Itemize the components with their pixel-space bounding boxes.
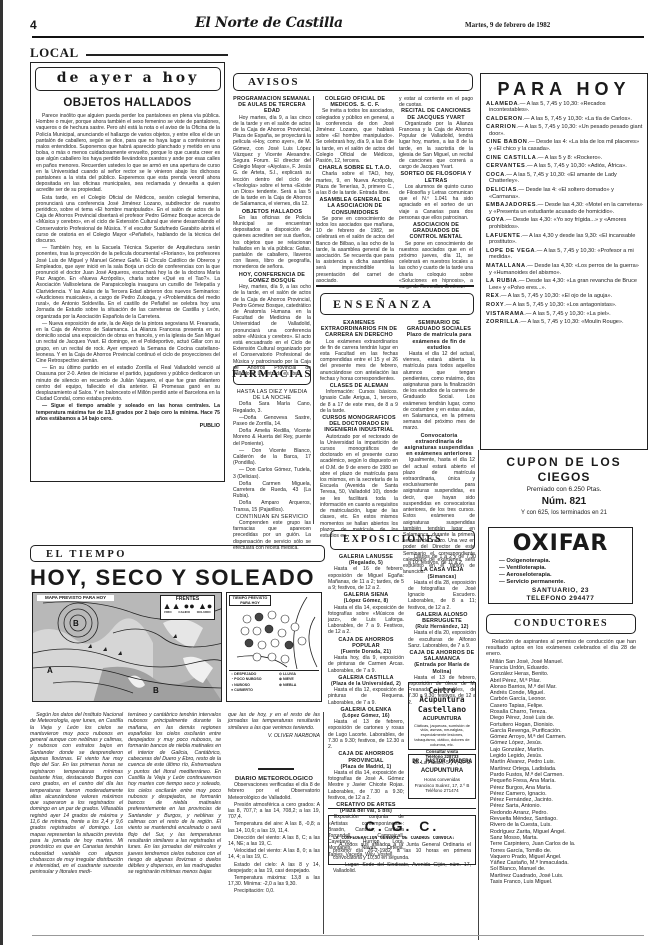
map-label: MAPA PREVISTO PARA HOY xyxy=(37,595,114,601)
banner-text: ENSEÑANZA xyxy=(333,297,434,312)
cinema-name: ROXY xyxy=(486,302,504,308)
notice-body: Se pone en conocimiento de todos los aso… xyxy=(316,216,394,284)
cinema-listing: ROXY.— A las 5, 7,45 y 10,30: «Los antag… xyxy=(489,302,643,309)
cinema-listing: CINE BABON.— Desde las 4: «La isla de lo… xyxy=(489,139,643,152)
forecast-map-spain: TIEMPO PREVISTO PARA HOY ○ DESPEJADO ◔ P… xyxy=(226,592,322,702)
el-tiempo-banner: EL TIEMPO xyxy=(30,545,325,562)
observation: Temperatura máxima: 13,8 a las 17,30. Mí… xyxy=(228,875,320,887)
cupon-ciegos: CUPON DE LOS CIEGOS Premiado con 6.250 P… xyxy=(480,455,648,517)
notice-body: Hoy, martes, día 9, a las ocho de la tar… xyxy=(233,284,311,377)
newspaper-title: El Norte de Castilla xyxy=(195,15,343,33)
notice-body: Se pone en conocimiento de nuestros asoc… xyxy=(399,241,473,291)
bottom-rule xyxy=(32,935,644,936)
cinema-name: VISTARAMA xyxy=(486,311,524,317)
paragraph: — En su último partido en el estadio Zor… xyxy=(36,365,220,402)
observation: Velocidad del viento: A las 8, 0; a las … xyxy=(228,848,320,860)
exhibition-details: Hasta hoy, día 9, exposición de pinturas… xyxy=(328,655,404,674)
cinema-listing: MATALLANA.— Desde las 4,30: «Los perros … xyxy=(489,263,643,276)
conductores-intro: Relación de aspirantes al permiso de con… xyxy=(486,639,636,658)
weather-article-col-1: Según los datos del Instituto Nacional d… xyxy=(30,712,123,877)
notice-body: Charla sobre el TAO, hoy, martes, 9, en … xyxy=(316,171,394,196)
cinema-name: LAFUENTE xyxy=(486,233,521,239)
showtimes: A las 5, 7,45 y 10,30: «El amante de Lad… xyxy=(489,172,617,185)
pharmacy-entry: — Don Vicente Blanco, Calderón de la Bar… xyxy=(233,448,311,467)
cinema-name: CERVANTES xyxy=(486,163,525,169)
exhibition-venue: CAJA DE AHORROS DE SALAMANCA xyxy=(408,650,476,662)
ad-title: Castellano xyxy=(409,705,475,715)
notice-title: OBJETOS HALLADOS xyxy=(233,209,311,215)
banner-text: CONDUCTORES xyxy=(514,618,608,631)
showtimes: A las 5, 7,45 y 10,30: «La tía de Carlos… xyxy=(531,116,632,122)
exhibition-details: Hasta el día 14, exposición de fotografí… xyxy=(328,605,404,636)
masthead: 4 El Norte de Castilla Martes, 9 de febr… xyxy=(0,18,650,32)
oxifar-address: SANTUARIO, 23 xyxy=(489,587,632,595)
notice-subtitle: Convocatoria extraordinaria de asignatur… xyxy=(403,433,475,458)
cinema-listing: REX.— A las 5, 7,45 y 10,30: «El ojo de … xyxy=(489,293,643,300)
cinema-name: CINE BABON xyxy=(486,139,527,145)
cgc-title: C. G. C. xyxy=(329,818,475,836)
exhibition-item: GALERIA SIENA(López Gómez, 8)Hasta el dí… xyxy=(328,592,404,635)
fronts-legend: FRENTES ▲▲●●▲● FRIOCALIDOOCLUIDO xyxy=(160,595,215,620)
exhibition-venue: CAJA DE AHORROS POPULAR xyxy=(328,637,404,649)
cinema-name: MATALLANA xyxy=(486,263,526,269)
exhibition-details: Hasta el 13 de febrero, exposición de ca… xyxy=(328,719,404,750)
cupon-terminations: Y con 625, los terminados en 21 xyxy=(480,510,648,518)
de-ayer-a-hoy-column: de ayer a hoy OBJETOS HALLADOS Parece in… xyxy=(30,62,225,482)
ad-subtitle: ACUPUNTURA xyxy=(409,716,475,723)
farmacias-subtitle: HASTA LAS DIEZ Y MEDIA DE LA NOCHE xyxy=(233,389,311,401)
notice-body: Hasta el día 12 del actual, viernes, est… xyxy=(403,351,475,432)
ensenanza-col-1: EXAMENES EXTRAORDINARIOS FIN DE CARRERA … xyxy=(320,320,398,540)
notice-body: Hoy martes, día 9, a las cinco de la tar… xyxy=(233,115,311,208)
showtimes: A las 5, 7,45 y 10,30: «Los antagonistas… xyxy=(513,302,617,308)
exhibition-details: Diarios de 1 a 2 y de 7.30 a 10; festivo… xyxy=(408,554,476,566)
observation: Estado del cielo: A las 8 y 14, despejad… xyxy=(228,862,320,874)
article-body: Parece insólito que alguien pueda perder… xyxy=(36,113,220,430)
exhibition-item: Diarios de 1 a 2 y de 7.30 a 10; festivo… xyxy=(408,554,476,566)
cinema-name: DELICIAS xyxy=(486,187,517,193)
cinema-name: ALAMEDA xyxy=(486,101,518,107)
showtimes: A las 5 y 8: «Rockero». xyxy=(545,155,603,161)
svg-text:B: B xyxy=(73,619,79,628)
forecast-map-europe: A B B MAPA PREVISTO PARA HOY FRENTES ▲▲●… xyxy=(32,592,222,702)
notice-title: PROGRAMACION SEMANAL DE AULAS DE TERCERA… xyxy=(233,96,311,115)
cinema-name: REX xyxy=(486,293,499,299)
notice-body: Autorizado por el rectorado de la Univer… xyxy=(320,434,398,539)
paragraph: — Nueva exposición de arte, la de Alejo … xyxy=(36,321,220,364)
exhibition-details: Hasta el 16 de febrero, exposición de Mi… xyxy=(328,566,404,591)
avisos-col-1: PROGRAMACION SEMANAL DE AULAS DE TERCERA… xyxy=(233,96,311,378)
legend-col-1: ○ DESPEJADO ◔ POCO NUBOSO ◑ NUBOSO ● CUB… xyxy=(231,672,262,694)
pharmacy-entry: Doña Amelia Redilla, Vicente Moreno & Hu… xyxy=(233,428,311,447)
sky-legend: ○ DESPEJADO ◔ POCO NUBOSO ◑ NUBOSO ● CUB… xyxy=(229,670,319,700)
paragraph: Esta tarde, en el Colegio Oficial de Méd… xyxy=(36,195,220,245)
paragraph: — Sigue el tiempo amable y soleado en la… xyxy=(36,403,220,422)
cinema-name: CINE CASTILLA xyxy=(486,155,536,161)
signature: PUBLIO xyxy=(36,423,220,430)
cupon-number: Núm. 821 xyxy=(480,496,648,509)
observation: Temperatura del aire: A las 8, -0,8; a l… xyxy=(228,821,320,833)
section-rule xyxy=(86,54,228,56)
notice-body: Los exámenes extraordinarios de fin de c… xyxy=(320,339,398,382)
pharmacy-entry: Doña Sara María Cano, Regalado, 3. xyxy=(233,401,311,413)
cinema-name: COCA xyxy=(486,172,505,178)
showtimes: A las 5, 7,45 y 10,30: «Adiós, África». xyxy=(534,163,627,169)
legend-item: ⊜ NIEBLA xyxy=(279,683,296,688)
svg-text:B: B xyxy=(153,686,159,695)
notice-title: COLEGIO OFICIAL DE MEDICOS. S. C. F. xyxy=(316,96,394,108)
spain-sky-map xyxy=(227,597,321,669)
masthead-rule xyxy=(32,36,644,38)
service-item: — Ventiloterapia. xyxy=(499,565,632,572)
exhibition-venue: CAJA DE AHORROS PROVINCIAL xyxy=(328,751,404,763)
cinema-listing: LA RUBIA.— Desde las 4,30: «La gran reva… xyxy=(489,278,643,291)
notice-body: y estar al corriente en el pago de cuota… xyxy=(399,96,473,108)
notice-body: Los alumnos de quinto curso de Filosofía… xyxy=(399,184,473,221)
notice-title: CURSOS MONOGRAFICOS DEL DOCTORADO EN ING… xyxy=(320,415,398,434)
exhibition-details: Hasta el día 12, exposición de pinturas … xyxy=(328,687,404,706)
ad-line: Teléfono 271474 xyxy=(409,788,475,794)
cinema-listing: CINE CASTILLA.— A las 5 y 8: «Rockero». xyxy=(489,155,643,162)
pharmacy-entry: Doña Amparo Arqueros, Transa, 15 (Pajari… xyxy=(233,500,311,512)
cinema-listing: GOYA.— Desde las 4,30: «Yo soy frígida..… xyxy=(489,217,643,230)
ensenanza-banner: ENSEÑANZA xyxy=(320,293,474,315)
observation: Precipitación: 0,0. xyxy=(228,888,320,894)
notice-body: Organizado por la Alianza Francesa y la … xyxy=(399,121,473,171)
cinema-name: EMBAJADORES xyxy=(486,202,536,208)
avisos-col-2: COLEGIO OFICIAL DE MEDICOS. S. C. F. Se … xyxy=(316,96,394,285)
cinema-listing: DELICIAS.— Desde las 4: «El soltero doma… xyxy=(489,187,643,200)
oxifar-brand: OXIFAR xyxy=(489,530,632,558)
exhibition-item: GALERIA LANUSSE(Regalado, 5)Hasta el 16 … xyxy=(328,554,404,591)
cinema-name: CALDERON xyxy=(486,116,523,122)
para-hoy-box: PARA HOY ALAMEDA.— A las 5, 7,45 y 10,30… xyxy=(480,73,648,450)
rule xyxy=(316,285,474,287)
cupon-prize: Premiado con 6.250 Ptas. xyxy=(480,486,648,494)
acupuntura-castellano-ad: Centro Acupuntura Castellano ACUPUNTURA … xyxy=(408,682,476,750)
driver-names: Millán San José, José Manuel.Francia Urd… xyxy=(486,659,636,886)
cinema-listings: ALAMEDA.— A las 5, 7,45 y 10,30: «Recado… xyxy=(481,101,647,326)
pharmacy-entry: —Doña Genoveva Sastre, Paseo de Zorrilla… xyxy=(233,415,311,427)
observation: Observaciones verificadas el día 8 de fe… xyxy=(228,782,320,801)
paragraph: Parece insólito que alguien pueda perder… xyxy=(36,113,220,194)
showtimes: A las 5, 7,45 y 10,30: «El ojo de la agu… xyxy=(508,293,613,299)
conductores-banner: CONDUCTORES xyxy=(486,614,636,634)
exhibition-item: GALERIA ALONSO BERRUGUETE(Ruiz Hernández… xyxy=(408,612,476,649)
notice-title: ASOCIACION DE GRADUADOS DE CONTROL MENTA… xyxy=(399,222,473,241)
de-ayer-a-hoy-banner: de ayer a hoy xyxy=(35,67,221,91)
notice-title: HOY, CONFERENCIA DE GOMEZ BOSQUE xyxy=(233,272,311,284)
notice-title: RECITAL DE CANCIONES DE JACQUES YVART xyxy=(399,108,473,120)
exhibition-venue: GALERIA ALONSO BERRUGUETE xyxy=(408,612,476,624)
exhibition-details: Hasta el día 14, exposición de fotografí… xyxy=(328,770,404,801)
issue-date: Martes, 9 de febrero de 1982 xyxy=(465,21,550,30)
cinema-listing: VISTARAMA.— A las 5, 7,45 y 10,30: «La p… xyxy=(489,311,643,318)
column-divider xyxy=(478,450,479,940)
showtimes: A las 5, 7,45 y 10,30: «Moulin Rouge». xyxy=(527,319,623,325)
cinema-listing: COCA.— A las 5, 7,45 y 10,30: «El amante… xyxy=(489,172,643,185)
weather-paragraph: Según los datos del Instituto Nacional d… xyxy=(30,712,123,876)
ad-title: DR. PASTOR PRADERA xyxy=(409,758,475,766)
cinema-name: LA RUBIA xyxy=(486,278,517,284)
legend-item: ● CUBIERTO xyxy=(231,688,262,693)
exhibition-item: GALERIA CASTILLA(Plaza de la Universidad… xyxy=(328,675,404,706)
weather-article-col-3: que las de hoy, y en el resto de las jor… xyxy=(228,712,320,739)
oxifar-ad: OXIFAR — Oxigenoterapia. — Ventiloterapi… xyxy=(488,527,633,604)
ad-subtitle: ACUPUNTURA xyxy=(409,768,475,776)
weather-paragraph: terráneo y cantábrico tendrán intervalos… xyxy=(128,712,221,876)
cinema-listing: EMBAJADORES.— Desde las 4,30: «Motel en … xyxy=(489,202,643,215)
driver-name: Tasis Franco, Luis Miguel. xyxy=(486,879,636,885)
avisos-banner: AVISOS xyxy=(233,73,473,91)
pharmacy-entry: — Don Carlos Gómez, Tudela, 3 (Delicias)… xyxy=(233,467,311,479)
ad-body: Ciáticas, jaquecas, sumisión de vida, as… xyxy=(409,724,475,748)
service-item: — Oxigenoterapia. xyxy=(499,558,632,565)
oxifar-phone: TELEFONO 294477 xyxy=(489,595,632,603)
headline: OBJETOS HALLADOS xyxy=(31,96,224,110)
weather-headline: HOY, SECO Y SOLEADO xyxy=(30,564,326,592)
notice-title: EXAMENES EXTRAORDINARIOS FIN DE CARRERA … xyxy=(320,320,398,339)
diario-meteorologico: DIARIO METEOROLOGICO Observaciones verif… xyxy=(228,776,320,896)
section-label: LOCAL xyxy=(30,45,79,61)
cinema-name: LOPE DE VEGA xyxy=(486,248,535,254)
observation: Presión atmosférica a cero grados: A las… xyxy=(228,802,320,821)
notice-title: ASAMBLEA GENERAL DE LA ASOCIACION DE CON… xyxy=(316,197,394,216)
cinema-name: CARRION xyxy=(486,124,516,130)
cinema-listing: LOPE DE VEGA.— A las 5, 7,45 y 10,30: «P… xyxy=(489,248,643,261)
cgc-notice: C. G. C. LA CONFEDERACION GENERAL DE CUA… xyxy=(328,815,476,865)
notice-body: Se invita a todos los asociados, colegia… xyxy=(316,108,394,164)
oxifar-services: — Oxigenoterapia. — Ventiloterapia. — Ae… xyxy=(499,558,632,586)
ad-title: Centro Acupuntura xyxy=(409,686,475,705)
banner-text: EL TIEMPO xyxy=(46,548,127,561)
exhibition-details: Hasta el día 20, exposición de escultura… xyxy=(408,630,476,649)
weather-article-col-2: terráneo y cantábrico tendrán intervalos… xyxy=(128,712,221,876)
notice-subtitle: Plazo de matrícula para exámenes de fin … xyxy=(403,332,475,351)
showtimes: Desde las 4,30: «Yo soy frígida...» y «A… xyxy=(489,217,626,230)
notice-body: Información: Cursos básicos. Ignasio Cal… xyxy=(320,389,398,414)
exhibition-address: (Entrada por María de Molina) xyxy=(408,662,476,674)
front-labels: FRIOCALIDOOCLUIDO xyxy=(161,611,214,615)
weather-paragraph: que las de hoy, y en el resto de las jor… xyxy=(228,712,320,731)
exhibition-details: Hasta el día 28, exposición de fotografí… xyxy=(408,580,476,611)
column-divider xyxy=(323,712,324,934)
exhibition-item: LA CASA VIEJA(Simancas)Hasta el día 28, … xyxy=(408,567,476,610)
farmacias-list: HASTA LAS DIEZ Y MEDIA DE LA NOCHE Doña … xyxy=(233,389,311,552)
column-divider xyxy=(313,96,314,524)
cinema-listing: LAFUENTE.— A las 4,30 y desde las 9,30: … xyxy=(489,233,643,246)
cinema-listing: CARRION.— A las 5, 7,45 y 10,30: «Un pes… xyxy=(489,124,643,137)
page-left-border xyxy=(0,0,3,945)
notice-title: SEMINARIO DE GRADUADO SOCIALES xyxy=(403,320,475,332)
cinema-name: ZORRILLA xyxy=(486,319,519,325)
page-number: 4 xyxy=(30,18,37,33)
cinema-listing: CALDERON.— A las 5, 7,45 y 10,30: «La tí… xyxy=(489,116,643,123)
cgc-subtitle: LA CONFEDERACION GENERAL DE CUADROS CONV… xyxy=(329,836,475,842)
exposiciones-col-1: GALERIA LANUSSE(Regalado, 5)Hasta el 16 … xyxy=(328,554,404,859)
cinema-listing: CERVANTES.— A las 5, 7,45 y 10,30: «Adió… xyxy=(489,163,643,170)
banner-text: AVISOS xyxy=(248,76,300,90)
pharmacy-entry: Doña Carmen Miguela, Carretera de Rueda,… xyxy=(233,481,311,500)
cupon-title: CUPON DE LOS xyxy=(480,455,648,470)
showtimes: A las 5, 7,45 y 10,30: «La piel». xyxy=(533,311,611,317)
exhibition-item: CAJA DE AHORROS POPULAR(Fuente Dorada, 2… xyxy=(328,637,404,674)
exposiciones-banner: EXPOSICIONES xyxy=(330,530,475,550)
banner-text: FARMACIAS xyxy=(232,368,312,382)
observation: Dirección del viento: A las 8, C; a las … xyxy=(228,835,320,847)
farmacias-banner: FARMACIAS xyxy=(233,365,311,385)
service-item: — Aeroseloterapia. xyxy=(499,572,632,579)
cupon-title: CIEGOS xyxy=(480,470,648,485)
legend-col-2: ⊙ LLUVIA ⊛ NIEVE ⊜ NIEBLA xyxy=(279,672,296,688)
cgc-place: Lugar: Sede del Sindicato, Avenida Gijón… xyxy=(329,862,475,874)
banner-text: EXPOSICIONES xyxy=(343,534,443,547)
exhibition-item: CAJA DE AHORROS PROVINCIAL(Plaza de Madr… xyxy=(328,751,404,801)
conductores-list: Relación de aspirantes al permiso de con… xyxy=(486,639,636,885)
cinema-listing: ZORRILLA.— A las 5, 7,45 y 10,30: «Mouli… xyxy=(489,319,643,326)
rule xyxy=(258,768,294,770)
cinema-name: GOYA xyxy=(486,217,504,223)
para-hoy-title: PARA HOY xyxy=(481,78,647,101)
notice-title: SORTEO DE FILOSOFIA Y LETRAS xyxy=(399,171,473,183)
svg-text:A: A xyxy=(47,666,53,675)
rule xyxy=(328,808,476,809)
cinema-listing: ALAMEDA.— A las 5, 7,45 y 10,30: «Recado… xyxy=(489,101,643,114)
service-item: — Servicio permanente. xyxy=(499,579,632,586)
exhibition-item: GALERIA OLENKA(López Gómez, 16)Hasta el … xyxy=(328,707,404,750)
notice-body: En las oficinas de Policía Municipal se … xyxy=(233,215,311,271)
cgc-body: A todos sus afiliados a la Junta General… xyxy=(329,841,475,861)
pastor-pradera-ad: DR. PASTOR PRADERA ACUPUNTURA Horas conv… xyxy=(408,754,476,799)
weather-signature: V. OLIVER NARBONA xyxy=(228,733,320,740)
avisos-col-3: y estar al corriente en el pago de cuota… xyxy=(399,96,473,291)
paragraph: — También hoy, en la Escuela Técnica Sup… xyxy=(36,245,220,319)
banner-text: de ayer a hoy xyxy=(57,70,200,88)
